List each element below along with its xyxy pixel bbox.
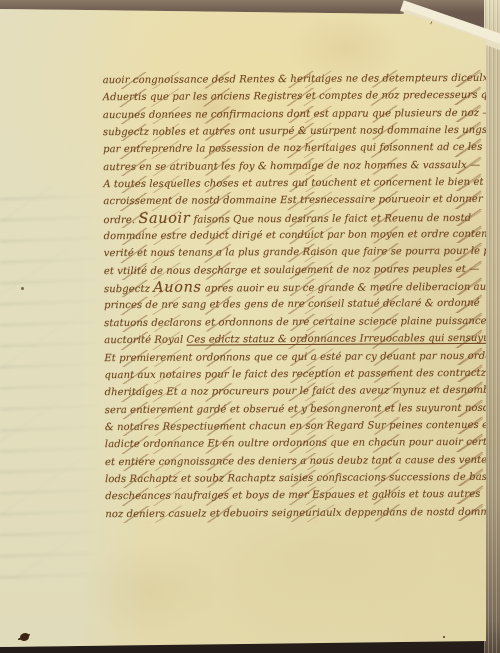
book-page-edges <box>484 0 500 653</box>
line-text: sera entierement gardé et obserué et y b… <box>105 402 500 416</box>
manuscript-line: sera entierement gardé et obserué et y b… <box>105 399 483 419</box>
line-text: Ces edictz statuz & ordonnances Irreuoca… <box>187 333 500 346</box>
line-text: lods Rachaptz et soubz Rachaptz saisies … <box>105 472 500 485</box>
line-text: subgectz <box>104 284 153 295</box>
line-text: princes de nre sang et des gens de nre c… <box>104 298 480 311</box>
manuscript-line: Et premierement ordonnons que ce qui a e… <box>104 347 482 367</box>
manuscript-photo: 7 auoir congnoissance desd Rentes & heri… <box>0 0 500 653</box>
manuscript-line: ladicte ordonnance Et en oultre ordonnon… <box>105 434 483 454</box>
ink-blot <box>20 633 29 641</box>
emphasized-word: Auons <box>153 280 201 296</box>
manuscript-line: par entreprendre la possession de noz he… <box>103 139 481 159</box>
text-block: auoir congnoissance desd Rentes & herita… <box>103 70 484 523</box>
manuscript-line: Aduertis que par les anciens Registres e… <box>103 87 481 107</box>
line-text: verité et nous tenans a la plus grande R… <box>104 246 500 260</box>
manuscript-page: 7 auoir congnoissance desd Rentes & heri… <box>0 0 487 648</box>
line-text: Aduertis que par les anciens Registres e… <box>103 90 500 103</box>
line-text: auoir congnoissance desd Rentes & herita… <box>103 73 500 86</box>
line-text: statuons declarons et ordonnons de nre c… <box>104 316 500 329</box>
line-text: apres auoir eu sur ce grande & meure del… <box>202 282 500 295</box>
bleedthrough-text <box>0 185 104 580</box>
manuscript-line: descheances naufraiges et boys de mer Es… <box>105 486 483 506</box>
line-text: faisons Que nous desirans le faict et Re… <box>190 213 471 226</box>
line-text: subgectz nobles et autres ont usurpé & u… <box>103 125 487 138</box>
line-text: A toutes lesquelles choses et autres qui… <box>103 177 483 190</box>
manuscript-line: auctorité Royal Ces edictz statuz & ordo… <box>104 330 482 350</box>
line-text: dommaine estre deduict dirigé et conduic… <box>104 229 500 242</box>
line-text: ordre. <box>103 215 138 226</box>
manuscript-line: acroissement de nostd dommaine Est tresn… <box>103 191 481 211</box>
line-text: Et premierement ordonnons que ce qui a e… <box>104 350 500 363</box>
line-text: descheances naufraiges et boys de mer Es… <box>105 489 480 502</box>
line-text: par entreprendre la possession de noz he… <box>103 142 482 155</box>
emphasized-word: Sauoir <box>138 210 190 226</box>
line-text: & notaires Respectiuement chacun en son … <box>105 420 500 433</box>
line-text: noz deniers casuelz et debuoirs seigneur… <box>105 506 500 519</box>
line-text: auctorité Royal <box>104 335 186 347</box>
line-text: quant aux notaires pour le faict des rec… <box>104 368 499 381</box>
line-text: aucunes donnees ne confirmacions dont es… <box>103 107 493 120</box>
ink-dot <box>21 287 24 290</box>
line-text: autres en se atribuant les foy & hommaig… <box>103 160 480 173</box>
line-text: dheritaiges Et a noz procureurs pour le … <box>105 385 500 399</box>
line-text: ladicte ordonnance Et en oultre ordonnon… <box>105 437 500 450</box>
manuscript-line: verité et nous tenans a la plus grande R… <box>104 243 482 263</box>
ink-speck <box>443 636 445 638</box>
line-text: et vtilité de nous descharge et soulaige… <box>104 264 480 277</box>
manuscript-line: et entiere congnoissance des deniers a n… <box>105 451 483 471</box>
manuscript-line: dheritaiges Et a noz procureurs pour le … <box>105 382 483 402</box>
line-text: et entiere congnoissance des deniers a n… <box>105 454 500 467</box>
line-text: acroissement de nostd dommaine Est tresn… <box>103 194 496 207</box>
manuscript-line: princes de nre sang et des gens de nre c… <box>104 295 482 315</box>
manuscript-line: noz deniers casuelz et debuoirs seigneur… <box>105 503 483 523</box>
